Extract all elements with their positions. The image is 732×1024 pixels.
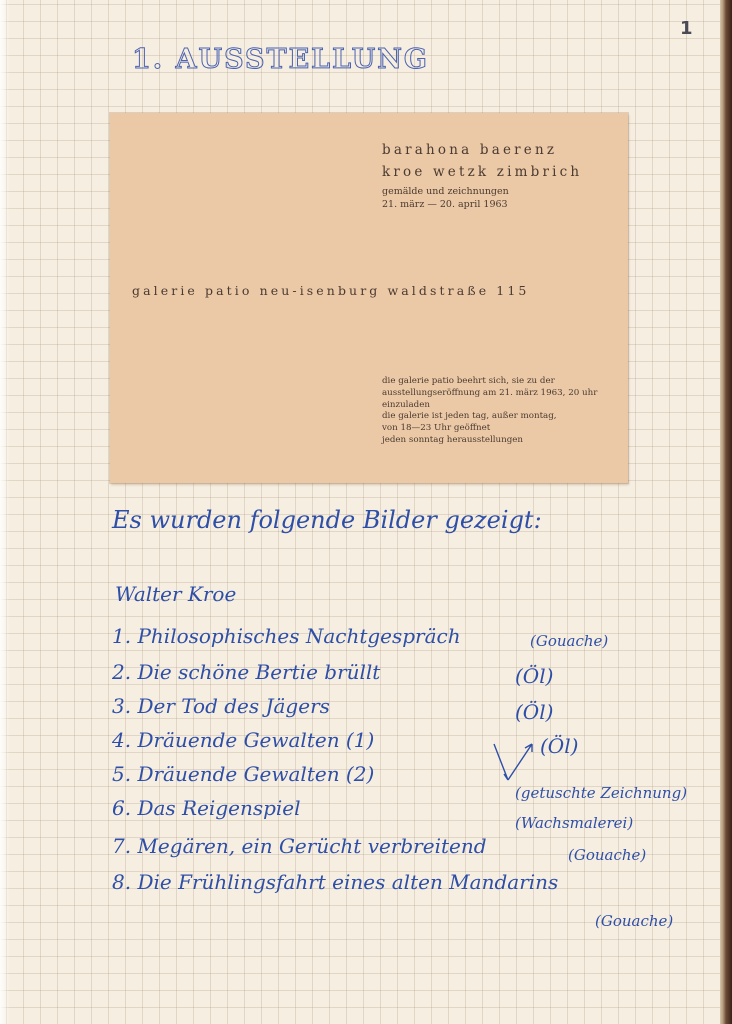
work-title: Das Reigenspiel xyxy=(137,796,300,820)
invite-line: die galerie ist jeden tag, außer montag, xyxy=(382,411,597,423)
work-item: 3. Der Tod des Jägers xyxy=(112,694,330,718)
work-medium: (Gouache) xyxy=(530,632,608,650)
work-number: 4. xyxy=(112,728,131,752)
page-number: 1 xyxy=(680,18,693,39)
notebook-page: 1 1. AUSSTELLUNG barahona baerenz kroe w… xyxy=(0,0,720,1024)
work-medium: (Gouache) xyxy=(568,846,646,864)
work-item: 1. Philosophisches Nachtgespräch xyxy=(112,624,461,648)
work-title: Dräuende Gewalten (2) xyxy=(137,762,374,786)
work-item: 4. Dräuende Gewalten (1) xyxy=(112,728,374,752)
card-subtitle: gemälde und zeichnungen 21. märz — 20. a… xyxy=(382,185,509,211)
work-medium: (Öl) xyxy=(515,700,553,724)
invite-line: ausstellungseröffnung am 21. märz 1963, … xyxy=(382,388,597,400)
work-number: 6. xyxy=(112,796,131,820)
card-dates: 21. märz — 20. april 1963 xyxy=(382,198,509,211)
work-title: Megären, ein Gerücht verbreitend xyxy=(137,834,486,858)
work-item: 2. Die schöne Bertie brüllt xyxy=(112,660,380,684)
work-item: 6. Das Reigenspiel xyxy=(112,796,301,820)
work-medium: (Gouache) xyxy=(595,912,673,930)
work-item: 7. Megären, ein Gerücht verbreitend xyxy=(112,834,487,858)
card-artists: barahona baerenz kroe wetzk zimbrich xyxy=(382,139,582,183)
work-number: 3. xyxy=(112,694,131,718)
work-title: Philosophisches Nachtgespräch xyxy=(137,624,460,648)
artists-line-1: barahona baerenz xyxy=(382,139,582,161)
stamped-title: 1. AUSSTELLUNG xyxy=(132,44,429,75)
notebook-binding-edge xyxy=(720,0,732,1024)
work-medium: (Öl) xyxy=(515,664,553,688)
work-title: Die schöne Bertie brüllt xyxy=(137,660,380,684)
invite-line: einzuladen xyxy=(382,400,597,412)
work-medium: (Öl) xyxy=(540,734,578,758)
invite-line: jeden sonntag herausstellungen xyxy=(382,435,597,447)
work-number: 5. xyxy=(112,762,131,786)
work-number: 7. xyxy=(112,834,131,858)
card-invitation-text: die galerie patio beehrt sich, sie zu de… xyxy=(382,376,597,447)
card-medium: gemälde und zeichnungen xyxy=(382,185,509,198)
work-item: 5. Dräuende Gewalten (2) xyxy=(112,762,374,786)
work-title: Dräuende Gewalten (1) xyxy=(137,728,374,752)
work-item: 8. Die Frühlingsfahrt eines alten Mandar… xyxy=(112,870,558,894)
work-title: Die Frühlingsfahrt eines alten Mandarins xyxy=(137,870,558,894)
work-number: 2. xyxy=(112,660,131,684)
page-fold-highlight xyxy=(0,0,10,1024)
invite-line: von 18—23 Uhr geöffnet xyxy=(382,423,597,435)
work-number: 1. xyxy=(112,624,131,648)
card-address: galerie patio neu-isenburg waldstraße 11… xyxy=(132,283,529,298)
invite-line: die galerie patio beehrt sich, sie zu de… xyxy=(382,376,597,388)
invitation-card: barahona baerenz kroe wetzk zimbrich gem… xyxy=(110,113,628,483)
bracket-arrow-icon xyxy=(492,738,542,788)
work-number: 8. xyxy=(112,870,131,894)
work-title: Der Tod des Jägers xyxy=(137,694,329,718)
artists-line-2: kroe wetzk zimbrich xyxy=(382,161,582,183)
handwritten-intro: Es wurden folgende Bilder gezeigt: xyxy=(112,506,542,534)
work-medium: (Wachsmalerei) xyxy=(515,814,633,832)
handwritten-artist: Walter Kroe xyxy=(115,582,236,606)
